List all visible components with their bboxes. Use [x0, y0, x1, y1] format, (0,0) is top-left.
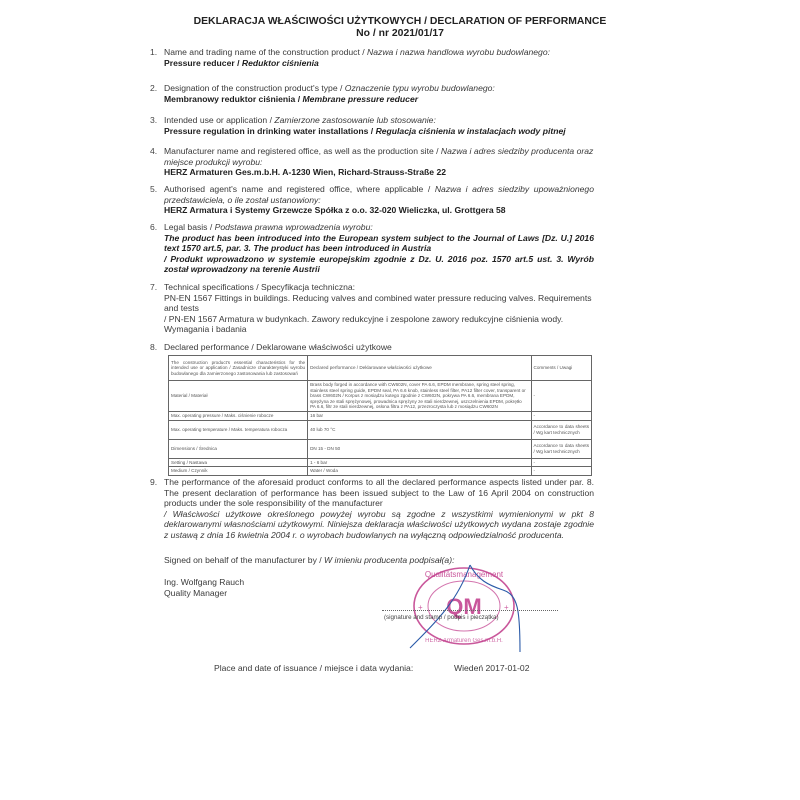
- section-1: 1. Name and trading name of the construc…: [164, 47, 594, 68]
- place-date-label: Place and date of issuance / miejsce i d…: [214, 663, 413, 673]
- document-title: DEKLARACJA WŁAŚCIWOŚCI UŻYTKOWYCH / DECL…: [0, 16, 800, 27]
- quality-management-stamp-icon: Qualitätsmanagement QM HERZ Armaturen Ge…: [408, 560, 528, 655]
- section-7: 7. Technical specifications / Specyfikac…: [164, 282, 594, 335]
- signature-line: [382, 610, 558, 611]
- table-row: Setting / Nastawa 1 - 6 bar -: [169, 458, 592, 467]
- svg-text:HERZ Armaturen Ges.m.b.H.: HERZ Armaturen Ges.m.b.H.: [425, 638, 503, 644]
- table-row: Max. operating pressure / Maks. ciśnieni…: [169, 411, 592, 420]
- section-6: 6. Legal basis / Podstawa prawna wprowad…: [164, 222, 594, 275]
- signatory: Ing. Wolfgang Rauch Quality Manager: [164, 577, 594, 598]
- table-row: Medium / Czynnik Water / Woda -: [169, 467, 592, 476]
- table-header: The construction product's essential cha…: [169, 356, 308, 381]
- section-8: 8. Declared performance / Deklarowane wł…: [164, 342, 594, 353]
- signatory-name: Ing. Wolfgang Rauch: [164, 577, 594, 588]
- signatory-role: Quality Manager: [164, 588, 594, 599]
- section-2: 2. Designation of the construction produ…: [164, 83, 594, 104]
- table-row: Dimensions / Średnica DN 15 - DN 50 Acco…: [169, 439, 592, 458]
- signed-by-label: Signed on behalf of the manufacturer by …: [164, 555, 594, 566]
- document-number: No / nr 2021/01/17: [0, 28, 800, 39]
- svg-text:Qualitätsmanagement: Qualitätsmanagement: [425, 570, 504, 579]
- section-9: 9. The performance of the aforesaid prod…: [164, 477, 594, 541]
- section-3: 3. Intended use or application / Zamierz…: [164, 115, 594, 136]
- declared-performance-table: The construction product's essential cha…: [168, 355, 592, 476]
- section-4: 4. Manufacturer name and registered offi…: [164, 146, 594, 178]
- table-header-row: The construction product's essential cha…: [169, 356, 592, 381]
- section-number: 1.: [150, 47, 157, 58]
- table-row: Max. operating temperature / Maks. tempe…: [169, 420, 592, 439]
- signature-caption: (signature and stamp / podpis i pieczątk…: [384, 614, 499, 621]
- table-header: Comments / Uwagi: [531, 356, 591, 381]
- section-5: 5. Authorised agent's name and registere…: [164, 184, 594, 216]
- table-header: Declared performance / Deklarowane właśc…: [308, 356, 531, 381]
- table-row: Material / Materiał Brass body forged in…: [169, 381, 592, 412]
- place-date-value: Wiedeń 2017-01-02: [454, 663, 530, 673]
- declaration-document: DEKLARACJA WŁAŚCIWOŚCI UŻYTKOWYCH / DECL…: [0, 0, 800, 800]
